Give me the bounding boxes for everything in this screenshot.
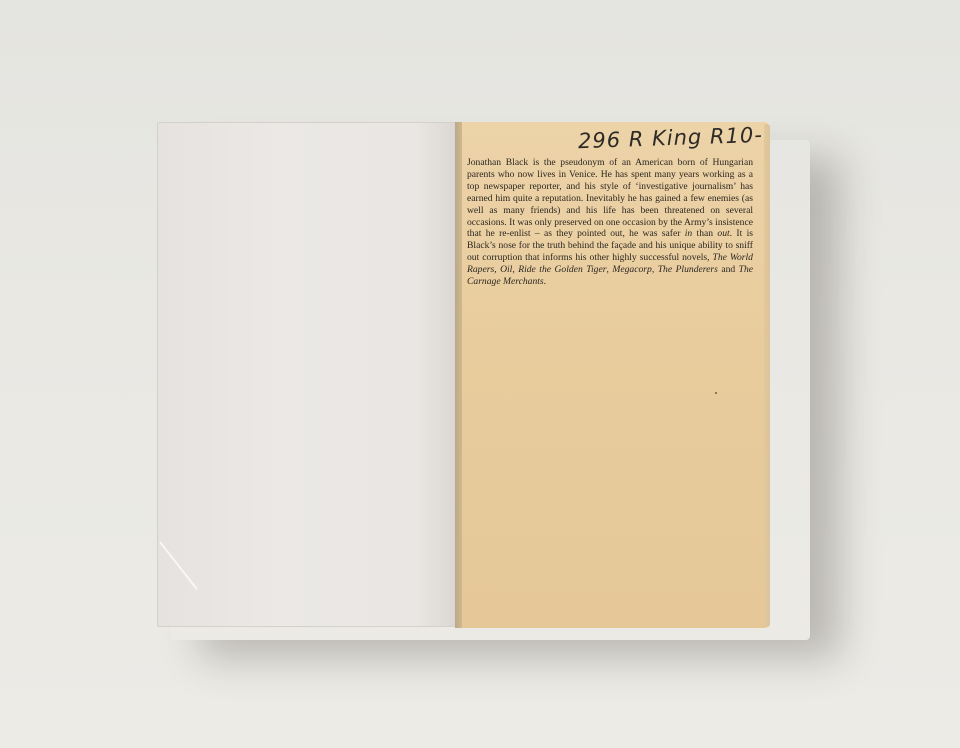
open-book: 296 R King R10- Jonathan Black is the ps… xyxy=(0,0,960,748)
page-corner-crease xyxy=(159,541,198,590)
left-page-blank xyxy=(157,122,463,627)
book-title: Oil xyxy=(500,264,512,275)
bio-text: and xyxy=(718,264,739,275)
book-title: The Plunderers xyxy=(658,264,718,275)
book-title: Megacorp xyxy=(612,264,651,275)
page-block-edge xyxy=(764,124,770,627)
bio-italic: out xyxy=(717,228,729,239)
bio-text: . xyxy=(544,276,546,287)
author-bio-paragraph: Jonathan Black is the pseudonym of an Am… xyxy=(467,157,753,288)
right-page: 296 R King R10- Jonathan Black is the ps… xyxy=(462,122,768,628)
bio-text: Jonathan Black is the pseudonym of an Am… xyxy=(467,157,753,239)
book-title: Ride the Golden Tiger xyxy=(518,264,606,275)
bio-text: than xyxy=(692,228,717,239)
paper-speck xyxy=(715,392,717,394)
handwritten-price-note: 296 R King R10- xyxy=(578,123,764,153)
